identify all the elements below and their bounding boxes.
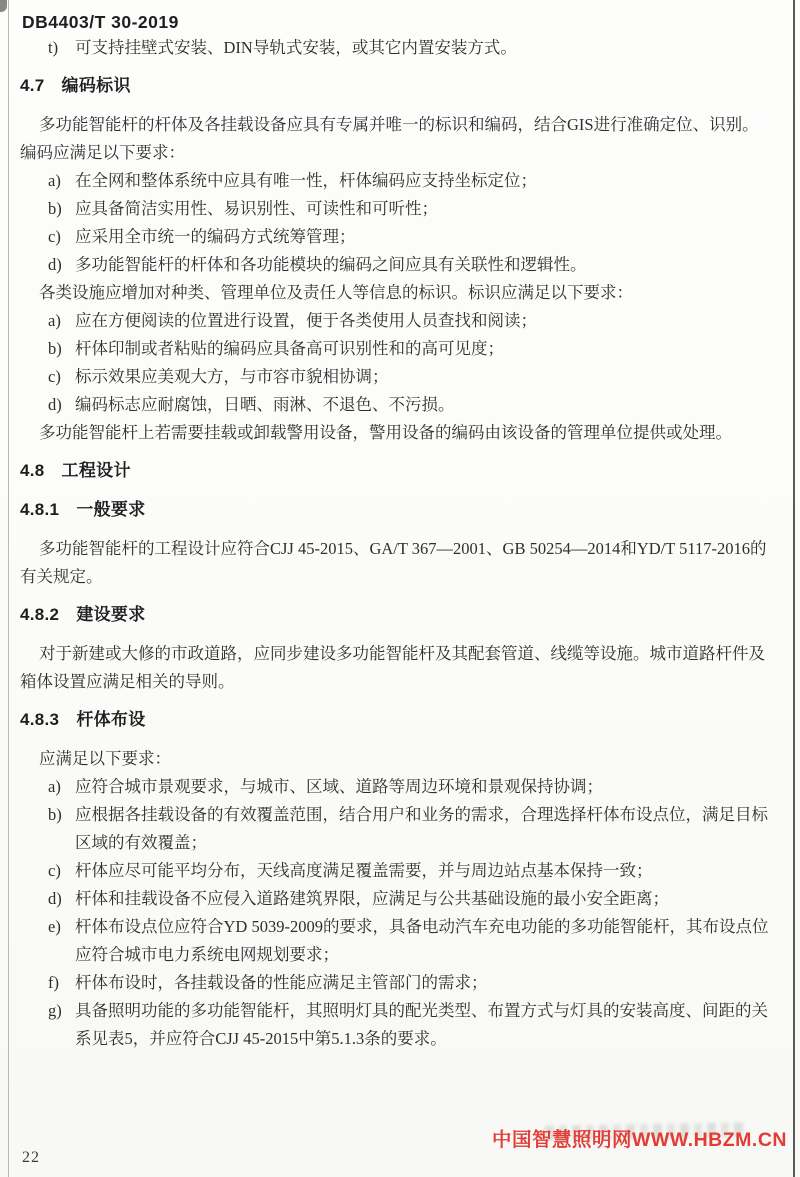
list-item-text: 杆体布设时，各挂载设备的性能应满足主管部门的需求；: [75, 973, 488, 992]
list-item-text: 应具备简洁实用性、易识别性、可读性和可听性；: [75, 199, 438, 218]
section-heading: 4.8工程设计: [20, 457, 774, 485]
section-number: 4.8: [20, 461, 45, 480]
paragraph: 各类设施应增加对种类、管理单位及责任人等信息的标识。标识应满足以下要求：: [20, 279, 774, 307]
list-item-label: c): [48, 223, 61, 251]
list-item: t)可支持挂壁式安装、DIN导轨式安装，或其它内置安装方式。: [20, 34, 774, 62]
list-item-label: a): [48, 307, 61, 335]
page-left-border: [8, 0, 9, 1177]
list-item-label: e): [48, 913, 61, 941]
list-item-label: f): [48, 969, 59, 997]
paragraph: 多功能智能杆的杆体及各挂载设备应具有专属并唯一的标识和编码，结合GIS进行准确定…: [20, 111, 774, 167]
section-title: 一般要求: [76, 500, 145, 519]
list-item-label: a): [48, 167, 61, 195]
section-heading: 4.7编码标识: [20, 72, 774, 100]
paragraph: 对于新建或大修的市政道路，应同步建设多功能智能杆及其配套管道、线缆等设施。城市道…: [20, 640, 774, 696]
paragraph-text: 多功能智能杆上若需要挂载或卸载警用设备，警用设备的编码由该设备的管理单位提供或处…: [39, 423, 732, 442]
list-item: b)应具备简洁实用性、易识别性、可读性和可听性；: [20, 195, 774, 223]
list-item-label: d): [48, 885, 62, 913]
list-item-text: 可支持挂壁式安装、DIN导轨式安装，或其它内置安装方式。: [75, 38, 517, 57]
paragraph-text: 多功能智能杆的工程设计应符合CJJ 45-2015、GA/T 367—2001、…: [20, 539, 767, 586]
list-item-text: 具备照明功能的多功能智能杆，其照明灯具的配光类型、布置方式与灯具的安装高度、间距…: [75, 1001, 768, 1048]
paragraph: 应满足以下要求：: [20, 745, 774, 773]
section-title: 编码标识: [62, 76, 131, 95]
list-item-text: 编码标志应耐腐蚀，日晒、雨淋、不退色、不污损。: [75, 395, 455, 414]
section-heading: 4.8.3杆体布设: [20, 706, 774, 734]
list-item: e)杆体布设点位应符合YD 5039-2009的要求，具备电动汽车充电功能的多功…: [20, 913, 774, 969]
list-item: g)具备照明功能的多功能智能杆，其照明灯具的配光类型、布置方式与灯具的安装高度、…: [20, 997, 774, 1053]
list-item-text: 标示效果应美观大方，与市容市貌相协调；: [75, 367, 389, 386]
list-item: c)应采用全市统一的编码方式统筹管理；: [20, 223, 774, 251]
page-right-border: [793, 0, 795, 1177]
list-item-text: 多功能智能杆的杆体和各功能模块的编码之间应具有关联性和逻辑性。: [75, 255, 587, 274]
list-item-text: 应符合城市景观要求，与城市、区域、道路等周边环境和景观保持协调；: [75, 777, 603, 796]
paragraph-text: 多功能智能杆的杆体及各挂载设备应具有专属并唯一的标识和编码，结合GIS进行准确定…: [20, 115, 759, 162]
list-item-text: 应采用全市统一的编码方式统筹管理；: [75, 227, 356, 246]
list-item: f)杆体布设时，各挂载设备的性能应满足主管部门的需求；: [20, 969, 774, 997]
site-watermark-text: 中国智慧照明网WWW.HBZM.CN: [492, 1124, 787, 1152]
list-item-label: a): [48, 773, 61, 801]
list-item-label: b): [48, 335, 62, 363]
section-number: 4.8.2: [20, 605, 59, 624]
list-item: c)标示效果应美观大方，与市容市貌相协调；: [20, 363, 774, 391]
list-item-label: b): [48, 195, 62, 223]
list-item: d)编码标志应耐腐蚀，日晒、雨淋、不退色、不污损。: [20, 391, 774, 419]
list-item-text: 杆体和挂载设备不应侵入道路建筑界限，应满足与公共基础设施的最小安全距离；: [75, 889, 669, 908]
section-number: 4.7: [20, 76, 45, 95]
section-number: 4.8.1: [20, 500, 59, 519]
list-item-label: d): [48, 391, 62, 419]
list-item-label: d): [48, 251, 62, 279]
list-item-label: c): [48, 363, 61, 391]
list-item-text: 杆体应尽可能平均分布，天线高度满足覆盖需要，并与周边站点基本保持一致；: [75, 861, 653, 880]
paragraph: 多功能智能杆上若需要挂载或卸载警用设备，警用设备的编码由该设备的管理单位提供或处…: [20, 419, 774, 447]
section-number: 4.8.3: [20, 710, 59, 729]
list-item: d)杆体和挂载设备不应侵入道路建筑界限，应满足与公共基础设施的最小安全距离；: [20, 885, 774, 913]
list-item: d)多功能智能杆的杆体和各功能模块的编码之间应具有关联性和逻辑性。: [20, 251, 774, 279]
list-item-text: 杆体布设点位应符合YD 5039-2009的要求，具备电动汽车充电功能的多功能智…: [75, 917, 768, 964]
section-title: 杆体布设: [76, 710, 145, 729]
list-item-label: c): [48, 857, 61, 885]
scan-corner-smudge: [0, 0, 7, 12]
list-item: a)应符合城市景观要求，与城市、区域、道路等周边环境和景观保持协调；: [20, 773, 774, 801]
section-title: 工程设计: [62, 461, 131, 480]
list-item-label: g): [48, 997, 62, 1025]
list-item: a)在全网和整体系统中应具有唯一性，杆体编码应支持坐标定位；: [20, 167, 774, 195]
paragraph-text: 各类设施应增加对种类、管理单位及责任人等信息的标识。标识应满足以下要求：: [39, 283, 633, 302]
list-item: c)杆体应尽可能平均分布，天线高度满足覆盖需要，并与周边站点基本保持一致；: [20, 857, 774, 885]
standard-code-header: DB4403/T 30-2019: [22, 12, 179, 33]
list-item-text: 在全网和整体系统中应具有唯一性，杆体编码应支持坐标定位；: [75, 171, 537, 190]
list-item: a)应在方便阅读的位置进行设置，便于各类使用人员查找和阅读；: [20, 307, 774, 335]
list-item-text: 杆体印制或者粘贴的编码应具备高可识别性和的高可见度；: [75, 339, 504, 358]
list-item: b)杆体印制或者粘贴的编码应具备高可识别性和的高可见度；: [20, 335, 774, 363]
list-item-text: 应在方便阅读的位置进行设置，便于各类使用人员查找和阅读；: [75, 311, 537, 330]
section-title: 建设要求: [76, 605, 145, 624]
scanned-document-page: DB4403/T 30-2019 t)可支持挂壁式安装、DIN导轨式安装，或其它…: [0, 0, 800, 1177]
paragraph: 多功能智能杆的工程设计应符合CJJ 45-2015、GA/T 367—2001、…: [20, 535, 774, 591]
list-item-label: t): [48, 34, 58, 62]
paragraph-text: 应满足以下要求：: [39, 749, 171, 768]
page-number: 22: [22, 1149, 40, 1167]
list-item-label: b): [48, 801, 62, 829]
list-item: b)应根据各挂载设备的有效覆盖范围，结合用户和业务的需求，合理选择杆体布设点位，…: [20, 801, 774, 857]
document-body: t)可支持挂壁式安装、DIN导轨式安装，或其它内置安装方式。4.7编码标识多功能…: [20, 34, 774, 1053]
list-item-text: 应根据各挂载设备的有效覆盖范围，结合用户和业务的需求，合理选择杆体布设点位，满足…: [75, 805, 768, 852]
paragraph-text: 对于新建或大修的市政道路，应同步建设多功能智能杆及其配套管道、线缆等设施。城市道…: [20, 644, 765, 691]
section-heading: 4.8.2建设要求: [20, 601, 774, 629]
section-heading: 4.8.1一般要求: [20, 496, 774, 524]
